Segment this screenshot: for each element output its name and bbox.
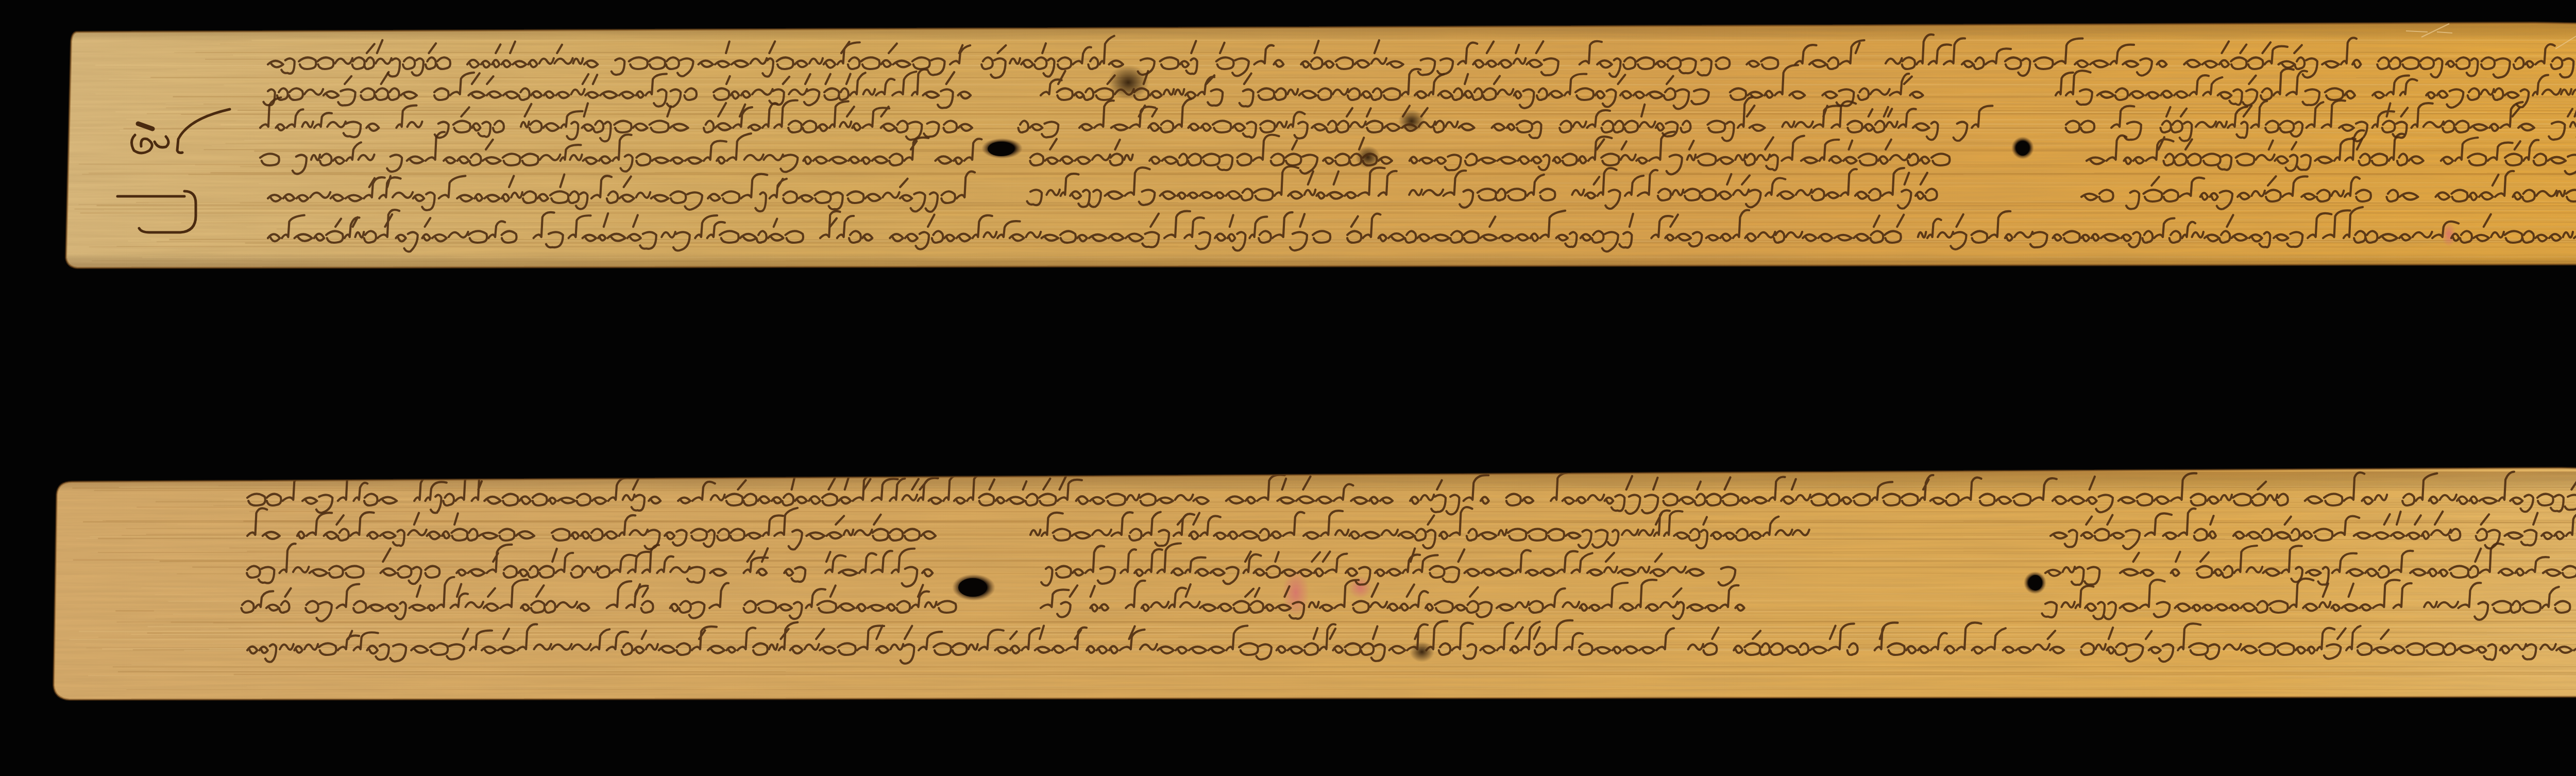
leaf-top <box>0 0 2576 309</box>
photo-background: palm-leaf manuscript photograph <box>0 0 2576 776</box>
binding-hole-right-core <box>2016 141 2029 156</box>
binding-hole-right-core <box>2029 575 2042 591</box>
stain-smudge <box>1398 110 1425 132</box>
binding-hole-left-core <box>988 142 1014 156</box>
manuscript-scene <box>0 0 2576 776</box>
stain-smudge <box>1410 642 1434 662</box>
binding-hole-left-core <box>958 578 987 597</box>
